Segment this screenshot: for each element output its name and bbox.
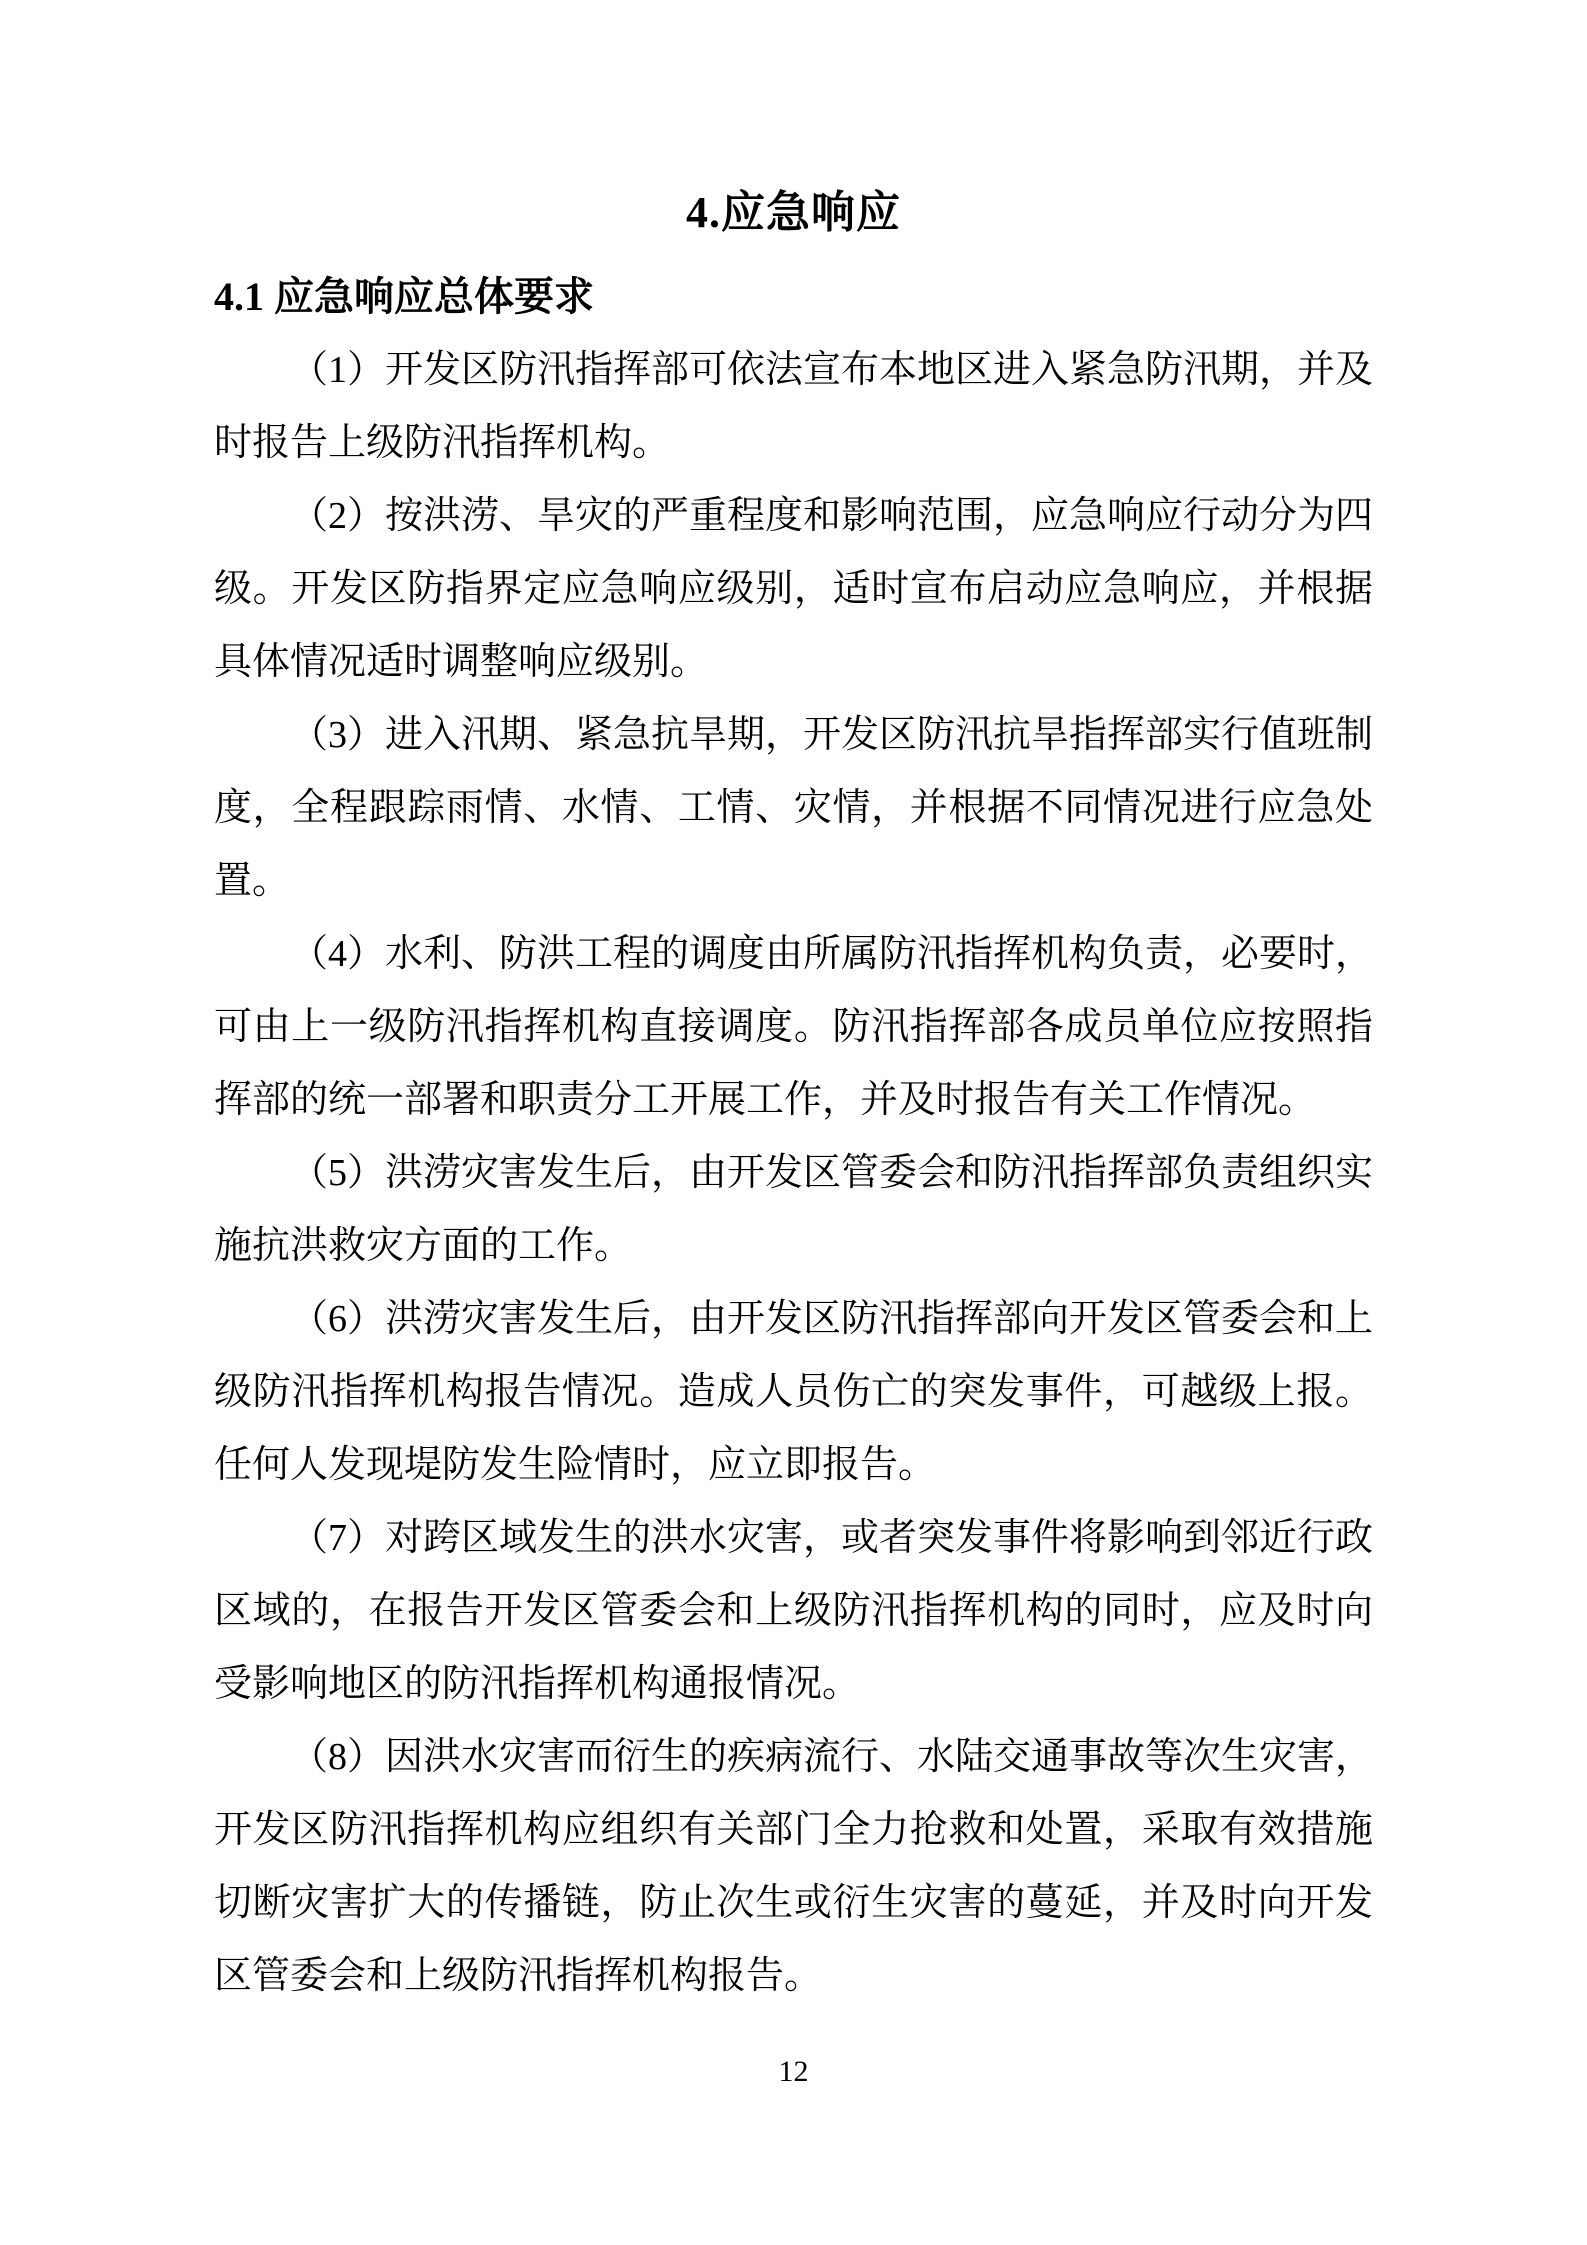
body-paragraph: （2）按洪涝、旱灾的严重程度和影响范围，应急响应行动分为四级。开发区防指界定应急… <box>214 480 1373 699</box>
body-paragraph: （1）开发区防汛指挥部可依法宣布本地区进入紧急防汛期，并及时报告上级防汛指挥机构… <box>214 334 1373 480</box>
body-paragraph: （4）水利、防洪工程的调度由所属防汛指挥机构负责，必要时，可由上一级防汛指挥机构… <box>214 918 1373 1137</box>
section-heading: 4.1 应急响应总体要求 <box>214 273 1373 321</box>
body-paragraph: （6）洪涝灾害发生后，由开发区防汛指挥部向开发区管委会和上级防汛指挥机构报告情况… <box>214 1283 1373 1502</box>
body-paragraph: （3）进入汛期、紧急抗旱期，开发区防汛抗旱指挥部实行值班制度，全程跟踪雨情、水情… <box>214 699 1373 918</box>
page-number: 12 <box>0 2054 1587 2090</box>
section-body: （1）开发区防汛指挥部可依法宣布本地区进入紧急防汛期，并及时报告上级防汛指挥机构… <box>214 334 1373 2013</box>
body-paragraph: （7）对跨区域发生的洪水灾害，或者突发事件将影响到邻近行政区域的，在报告开发区管… <box>214 1502 1373 1721</box>
page-title: 4.应急响应 <box>214 188 1373 239</box>
document-page: 4.应急响应 4.1 应急响应总体要求 （1）开发区防汛指挥部可依法宣布本地区进… <box>0 0 1587 2245</box>
body-paragraph: （8）因洪水灾害而衍生的疾病流行、水陆交通事故等次生灾害，开发区防汛指挥机构应组… <box>214 1721 1373 2013</box>
body-paragraph: （5）洪涝灾害发生后，由开发区管委会和防汛指挥部负责组织实施抗洪救灾方面的工作。 <box>214 1137 1373 1283</box>
